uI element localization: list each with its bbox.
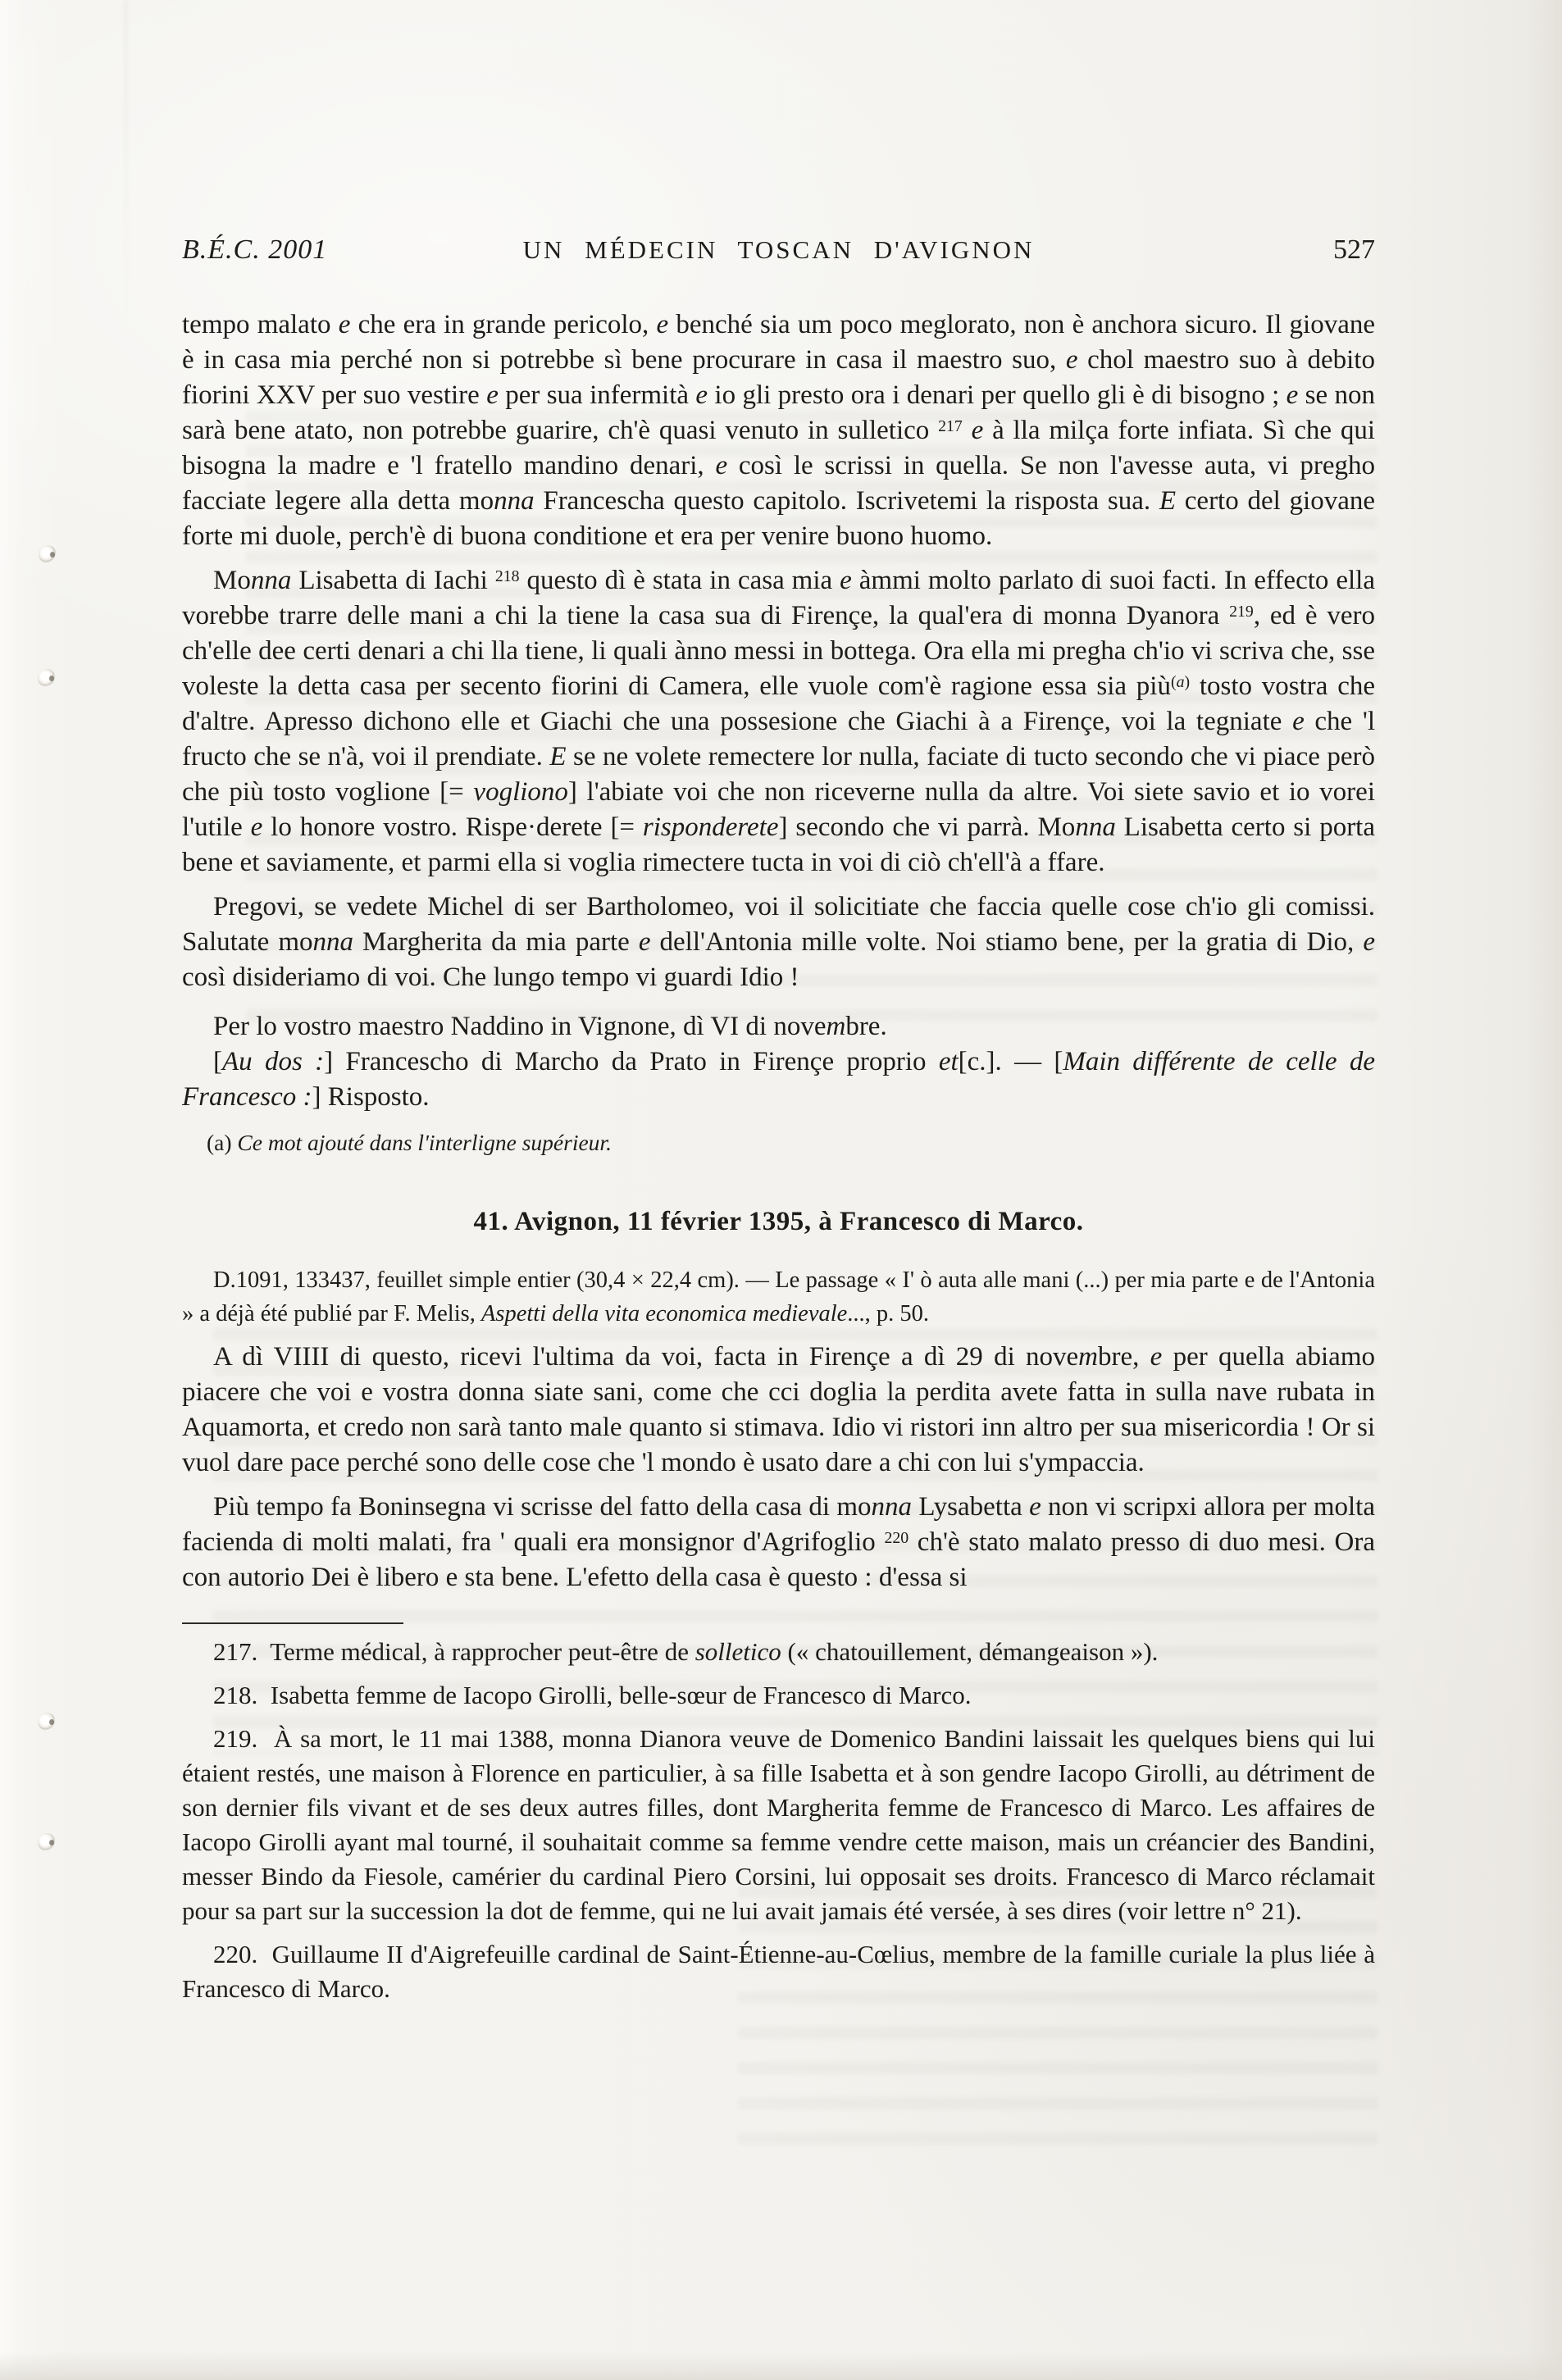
footnote-219: 219. À sa mort, le 11 mai 1388, monna Di… [182, 1722, 1375, 1928]
page-number: 527 [1096, 234, 1375, 266]
footnote-217: 217. Terme médical, à rapprocher peut-êt… [182, 1635, 1375, 1669]
letter-41-paragraph: A dì VIIII di questo, ricevi l'ultima da… [182, 1340, 1375, 1481]
paper-edge-right [1528, 0, 1562, 2380]
letter-40-paragraph: Monna Lisabetta di Iachi 218 questo dì è… [182, 563, 1375, 881]
letter-40-signature: Per lo vostro maestro Naddino in Vignone… [182, 1009, 1375, 1044]
running-title: UN MÉDECIN TOSCAN D'AVIGNON [461, 235, 1096, 265]
punch-hole [39, 545, 57, 563]
footnote-218: 218. Isabetta femme de Iacopo Girolli, b… [182, 1678, 1375, 1713]
letter-40-verso-address: [Au dos :] Francescho di Marcho da Prato… [182, 1044, 1375, 1115]
paper-edge-left [0, 0, 20, 2380]
punch-hole [38, 1713, 56, 1731]
page-body: tempo malato e che era in grande pericol… [182, 307, 1375, 2006]
letter-41-paragraph: Più tempo fa Boninsegna vi scrisse del f… [182, 1490, 1375, 1595]
scanned-book-page: B.É.C. 2001 UN MÉDECIN TOSCAN D'AVIGNON … [0, 0, 1562, 2380]
punch-hole [38, 669, 56, 687]
footnote-separator [182, 1622, 403, 1624]
letter-40-paragraph: Pregovi, se vedete Michel di ser Barthol… [182, 890, 1375, 995]
letter-41-heading: 41. Avignon, 11 février 1395, à Francesc… [182, 1204, 1375, 1240]
page-header: B.É.C. 2001 UN MÉDECIN TOSCAN D'AVIGNON … [182, 234, 1375, 266]
letter-41-manuscript-reference: D.1091, 133437, feuillet simple entier (… [182, 1263, 1375, 1331]
punch-hole [38, 1833, 56, 1851]
letter-40-paragraph: tempo malato e che era in grande pericol… [182, 307, 1375, 554]
paper-crease [125, 0, 127, 353]
journal-reference: B.É.C. 2001 [182, 234, 461, 266]
footnote-220: 220. Guillaume II d'Aigrefeuille cardina… [182, 1937, 1375, 2006]
apparatus-note-a: (a) Ce mot ajouté dans l'interligne supé… [182, 1127, 1375, 1158]
paper-edge-bottom [0, 2352, 1562, 2380]
